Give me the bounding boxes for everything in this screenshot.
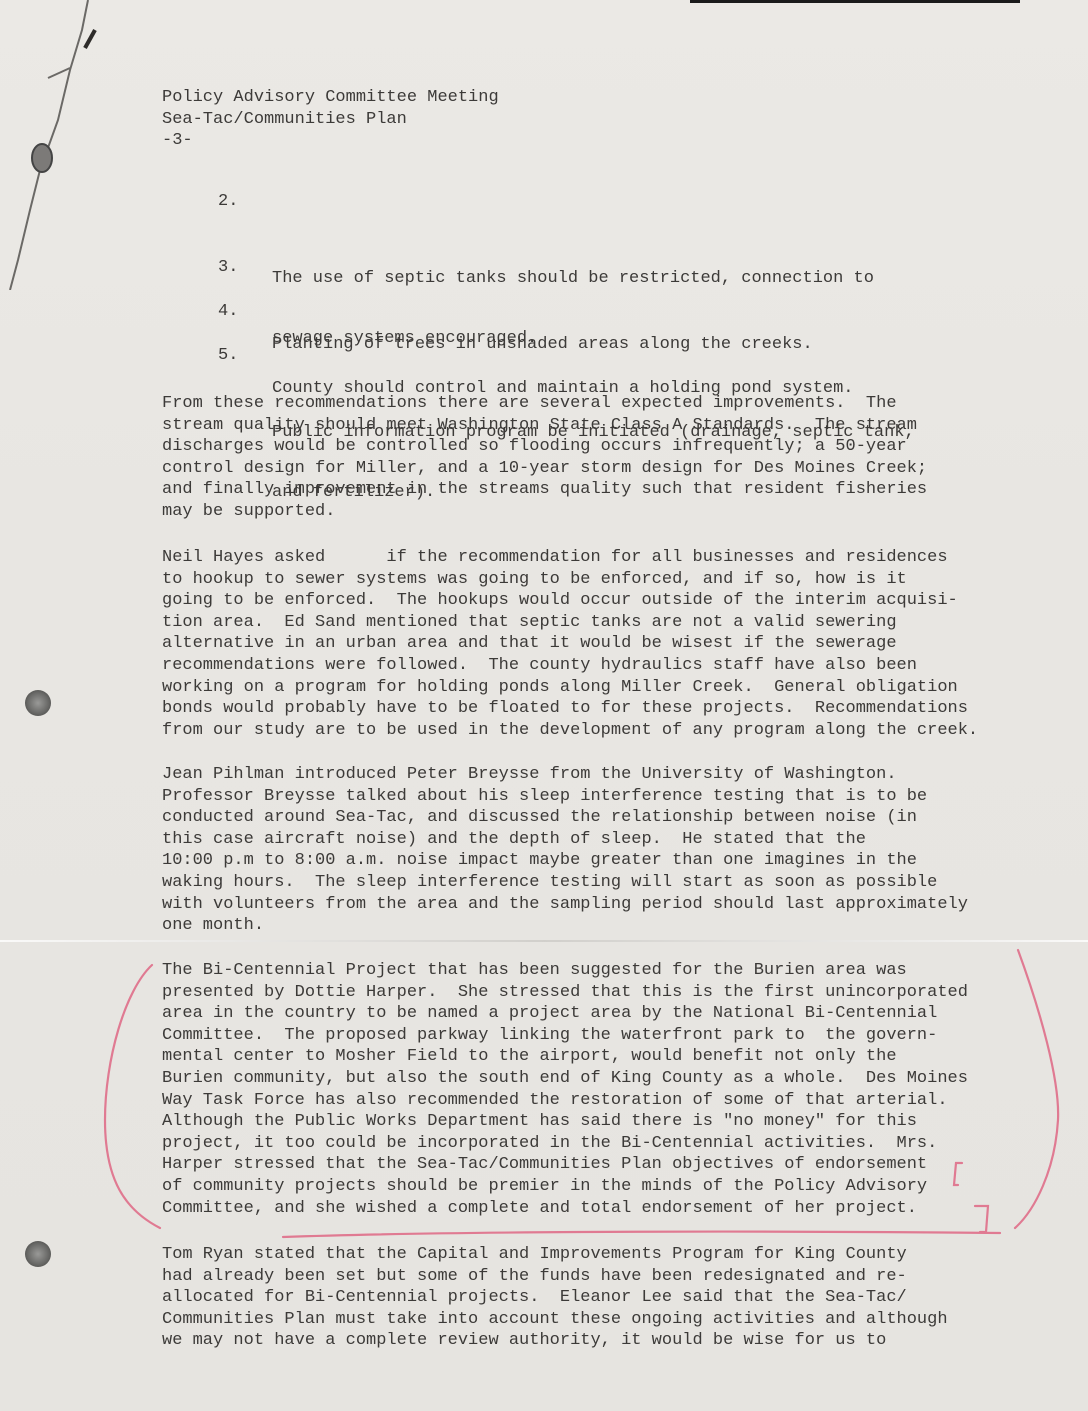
- list-item: 5. Public information program be initiat…: [218, 327, 279, 403]
- paragraph-line: stream quality should meet Washington St…: [162, 415, 927, 437]
- paragraph-line: alternative in an urban area and that it…: [162, 633, 978, 655]
- header-plan-name: Sea-Tac/Communities Plan: [162, 109, 499, 131]
- paragraph-line: may be supported.: [162, 501, 927, 523]
- paragraph-line: Communities Plan must take into account …: [162, 1309, 948, 1331]
- list-item: 2. The use of septic tanks should be res…: [218, 173, 279, 249]
- paragraph-line: had already been set but some of the fun…: [162, 1266, 948, 1288]
- paragraph-line: From these recommendations there are sev…: [162, 393, 927, 415]
- paragraph-line: conducted around Sea-Tac, and discussed …: [162, 807, 968, 829]
- paragraph-line: control design for Miller, and a 10-year…: [162, 458, 927, 480]
- left-bracket-mark: [105, 965, 160, 1228]
- paragraph-line: area in the country to be named a projec…: [162, 1003, 968, 1025]
- sentence-close-bracket: [975, 1206, 988, 1232]
- header-meeting-title: Policy Advisory Committee Meeting: [162, 87, 499, 109]
- paragraph-sleep-testing: Jean Pihlman introduced Peter Breysse fr…: [162, 764, 968, 937]
- paragraph-line: presented by Dottie Harper. She stressed…: [162, 982, 968, 1004]
- list-item-number: 3.: [218, 258, 238, 277]
- paragraph-line: we may not have a complete review author…: [162, 1330, 948, 1352]
- right-bracket-mark: [1015, 950, 1058, 1228]
- paragraph-line: Tom Ryan stated that the Capital and Imp…: [162, 1244, 948, 1266]
- paragraph-line: Although the Public Works Department has…: [162, 1111, 968, 1133]
- list-item-text: The use of septic tanks should be restri…: [272, 268, 874, 290]
- underline-mark: [283, 1232, 1000, 1237]
- paragraph-line: Committee, and she wished a complete and…: [162, 1198, 968, 1220]
- paragraph-line: Professor Breysse talked about his sleep…: [162, 786, 968, 808]
- paragraph-line: mental center to Mosher Field to the air…: [162, 1046, 968, 1068]
- paragraph-line: going to be enforced. The hookups would …: [162, 590, 978, 612]
- paragraph-line: Way Task Force has also recommended the …: [162, 1090, 968, 1112]
- header-page-number: -3-: [162, 130, 499, 152]
- paragraph-line: The Bi-Centennial Project that has been …: [162, 960, 968, 982]
- margin-pen-mark-icon: [0, 0, 120, 290]
- document-header: Policy Advisory Committee Meeting Sea-Ta…: [162, 87, 499, 152]
- list-item-number: 5.: [218, 346, 238, 365]
- document-page: Policy Advisory Committee Meeting Sea-Ta…: [0, 0, 1088, 1411]
- paragraph-line: of community projects should be premier …: [162, 1176, 968, 1198]
- paragraph-line: recommendations were followed. The count…: [162, 655, 978, 677]
- paragraph-capital-improvements: Tom Ryan stated that the Capital and Imp…: [162, 1244, 948, 1352]
- paragraph-line: Burien community, but also the south end…: [162, 1068, 968, 1090]
- paragraph-line: and finally improvement in the streams q…: [162, 479, 927, 501]
- paragraph-line: waking hours. The sleep interference tes…: [162, 872, 968, 894]
- punch-hole-bottom: [25, 1241, 51, 1267]
- paper-fold-crease: [0, 940, 1088, 942]
- paragraph-line: from our study are to be used in the dev…: [162, 720, 978, 742]
- paragraph-line: with volunteers from the area and the sa…: [162, 894, 968, 916]
- paragraph-line: Committee. The proposed parkway linking …: [162, 1025, 968, 1047]
- list-item-number: 2.: [218, 192, 238, 211]
- paragraph-line: this case aircraft noise) and the depth …: [162, 829, 968, 851]
- paragraph-line: to hookup to sewer systems was going to …: [162, 569, 978, 591]
- paragraph-line: tion area. Ed Sand mentioned that septic…: [162, 612, 978, 634]
- paragraph-line: bonds would probably have to be floated …: [162, 698, 978, 720]
- paragraph-line: discharges would be controlled so floodi…: [162, 436, 927, 458]
- paragraph-line: Neil Hayes asked if the recommendation f…: [162, 547, 978, 569]
- paragraph-bicentennial: The Bi-Centennial Project that has been …: [162, 960, 968, 1219]
- punch-hole-middle: [25, 690, 51, 716]
- paragraph-line: one month.: [162, 915, 968, 937]
- paragraph-line: Jean Pihlman introduced Peter Breysse fr…: [162, 764, 968, 786]
- paragraph-line: working on a program for holding ponds a…: [162, 677, 978, 699]
- list-item-number: 4.: [218, 302, 238, 321]
- page-top-shadow: [690, 0, 1020, 3]
- paragraph-line: project, it too could be incorporated in…: [162, 1133, 968, 1155]
- paragraph-line: Harper stressed that the Sea-Tac/Communi…: [162, 1154, 968, 1176]
- paragraph-line: 10:00 p.m to 8:00 a.m. noise impact mayb…: [162, 850, 968, 872]
- paragraph-sewer-hookup: Neil Hayes asked if the recommendation f…: [162, 547, 978, 741]
- paragraph-line: allocated for Bi-Centennial projects. El…: [162, 1287, 948, 1309]
- paragraph-improvements: From these recommendations there are sev…: [162, 393, 927, 523]
